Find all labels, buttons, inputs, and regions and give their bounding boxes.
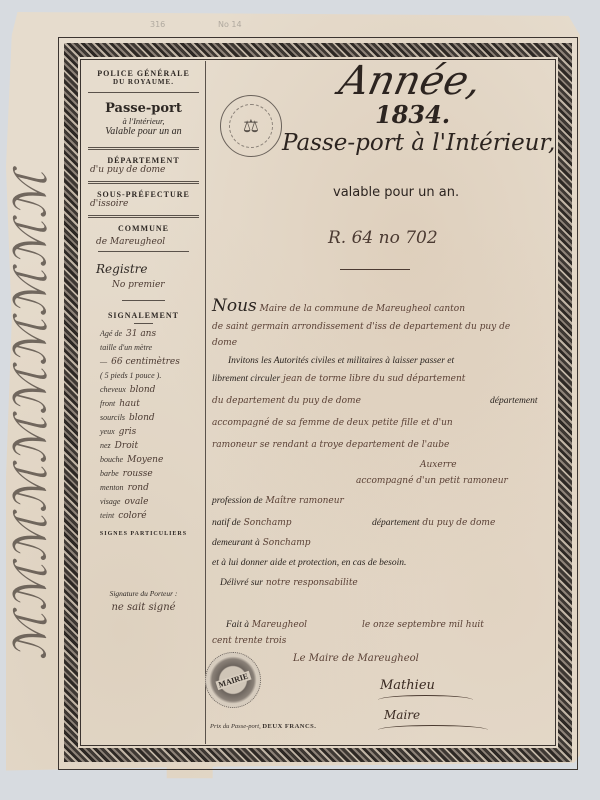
signalement-row: fronthaut bbox=[100, 397, 205, 411]
signature-flourish bbox=[378, 695, 473, 705]
body-line: demeurant à Sonchamp bbox=[212, 538, 552, 548]
sous-prefecture-label: SOUS-PRÉFECTURE bbox=[82, 190, 205, 199]
registre-value: No premier bbox=[82, 280, 205, 290]
pencil-note-2: No 14 bbox=[218, 20, 242, 29]
signature-flourish bbox=[378, 725, 488, 735]
year: 1834. bbox=[375, 100, 450, 129]
passport-validity: valable pour un an. bbox=[333, 185, 459, 200]
body-line: dome bbox=[212, 338, 552, 348]
signalement-row: teintcoloré bbox=[100, 509, 205, 523]
signalement-row: sourcilsblond bbox=[100, 411, 205, 425]
body-line: du departement du puy de domedépartement bbox=[212, 396, 552, 406]
body-line: librement circuler jean de torme libre d… bbox=[212, 374, 552, 384]
registre-label: Registre bbox=[82, 262, 205, 276]
passport-sub-2: Valable pour un an bbox=[82, 126, 205, 137]
left-panel: POLICE GÉNÉRALE DU ROYAUME. Passe-port à… bbox=[82, 61, 206, 744]
mayor-title-signature: Maire bbox=[384, 708, 420, 722]
pencil-note-1: 316 bbox=[150, 20, 165, 29]
signalement-row: barberousse bbox=[100, 467, 205, 481]
register-number: R. 64 no 702 bbox=[328, 228, 438, 248]
mairie-stamp: MAIRIE bbox=[205, 652, 261, 708]
left-margin-flourish: ℳℳℳℳℳℳℳℳℳℳ bbox=[6, 70, 56, 760]
signalement-row: cheveuxblond bbox=[100, 383, 205, 397]
signalement-label: SIGNALEMENT bbox=[82, 311, 205, 320]
police-seal: ⚖ bbox=[220, 95, 282, 157]
signalement-row: taille d'un mètre bbox=[100, 341, 205, 355]
date-continuation: cent trente trois bbox=[212, 636, 552, 646]
body-line: Délivré sur notre responsabilite bbox=[220, 578, 560, 588]
signalement-row: mentonrond bbox=[100, 481, 205, 495]
body-line: profession de Maître ramoneur bbox=[212, 496, 552, 506]
divider bbox=[88, 92, 199, 93]
signalement-row: —66 centimètres bbox=[100, 355, 205, 369]
departement-value: d'u puy de dome bbox=[82, 165, 205, 175]
passport-price: Prix du Passe-port, DEUX FRANCS. bbox=[210, 723, 316, 730]
body-line: Auxerre bbox=[420, 460, 600, 470]
signalement-row: nezDroit bbox=[100, 439, 205, 453]
signes-particuliers-label: SIGNES PARTICULIERS bbox=[82, 531, 205, 537]
signature-porteur-label: Signature du Porteur : bbox=[82, 589, 205, 598]
divider bbox=[88, 215, 199, 218]
body-line: accompagné d'un petit ramoneur bbox=[356, 476, 600, 486]
signalement-row: yeuxgris bbox=[100, 425, 205, 439]
signalement-row: boucheMoyene bbox=[100, 453, 205, 467]
body-line: de saint germain arrondissement d'iss de… bbox=[212, 322, 552, 332]
body-line: accompagné de sa femme de deux petite fi… bbox=[212, 418, 552, 428]
signalement-row: ( 5 pieds 1 pouce ). bbox=[100, 369, 205, 383]
divider bbox=[88, 147, 199, 150]
fait-a-line: Fait à Mareugheol le onze septembre mil … bbox=[226, 620, 566, 630]
signalement-list: Agé de31 ans taille d'un mètre —66 centi… bbox=[82, 327, 205, 523]
divider bbox=[88, 181, 199, 184]
body-line: ramoneur se rendant a troye departement … bbox=[212, 440, 552, 450]
police-header-2: DU ROYAUME. bbox=[82, 78, 205, 86]
commune-label: COMMUNE bbox=[82, 224, 205, 233]
passport-label: Passe-port bbox=[82, 101, 205, 116]
divider bbox=[122, 300, 165, 301]
body-line: Nous Maire de la commune de Mareugheol c… bbox=[212, 296, 552, 316]
divider bbox=[98, 251, 189, 252]
signalement-row: Agé de31 ans bbox=[100, 327, 205, 341]
passport-title: Passe-port à l'Intérieur, bbox=[282, 130, 555, 156]
body-line: Invitons les Autorités civiles et milita… bbox=[228, 356, 568, 366]
commune-value: de Mareugheol bbox=[82, 237, 205, 247]
divider bbox=[340, 269, 410, 270]
sous-prefecture-value: d'issoire bbox=[82, 199, 205, 209]
annee-heading: Année, bbox=[335, 58, 485, 104]
signature-porteur-value: ne sait signé bbox=[82, 602, 205, 613]
mayor-signature: Mathieu bbox=[380, 678, 435, 693]
mayor-line: Le Maire de Mareugheol bbox=[293, 653, 600, 664]
body-line: et à lui donner aide et protection, en c… bbox=[212, 558, 552, 568]
passport-sub-1: à l'Intérieur, bbox=[82, 116, 205, 126]
body-line: natif de Sonchampdépartement du puy de d… bbox=[212, 518, 552, 528]
divider bbox=[134, 323, 153, 324]
signalement-row: visageovale bbox=[100, 495, 205, 509]
police-header-1: POLICE GÉNÉRALE bbox=[82, 69, 205, 78]
justice-figure-icon: ⚖ bbox=[229, 104, 273, 148]
departement-label: DÉPARTEMENT bbox=[82, 156, 205, 165]
